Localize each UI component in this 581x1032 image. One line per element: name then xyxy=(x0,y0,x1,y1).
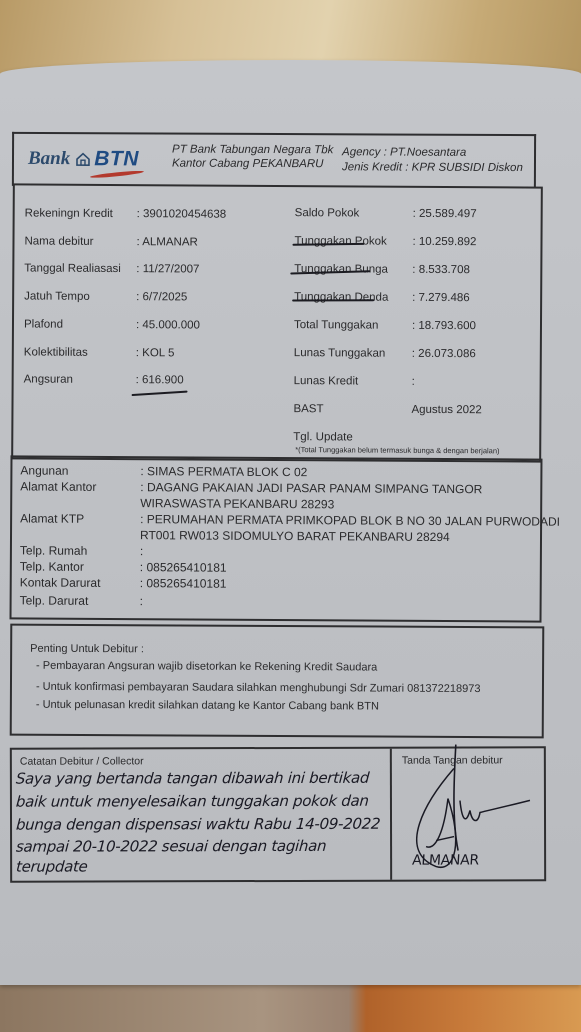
field-label: Nama debitur xyxy=(24,235,93,247)
notice-item: - Untuk konfirmasi pembayaran Saudara si… xyxy=(36,681,481,695)
field-value: : KOL 5 xyxy=(136,347,175,359)
field-value: : xyxy=(140,544,143,558)
agency-value: PT.Noesantara xyxy=(390,147,466,159)
field-value: : 8.533.708 xyxy=(412,264,470,276)
handwritten-underline xyxy=(132,391,188,397)
notice-item: - Pembayaran Angsuran wajib disetorkan k… xyxy=(36,660,377,674)
field-label: Tanggal Realiasasi xyxy=(24,262,121,275)
logo-bank-word: Bank xyxy=(28,148,70,170)
field-label: Saldo Pokok xyxy=(295,207,360,219)
field-value: : 3901020454638 xyxy=(137,208,227,221)
field-label: Telp. Rumah xyxy=(20,543,87,557)
field-label: Rekeningn Kredit xyxy=(25,207,113,220)
field-label: Alamat Kantor xyxy=(20,479,96,493)
branch-name: Kantor Cabang PEKANBARU xyxy=(172,157,333,172)
agency-label: Agency xyxy=(342,146,380,158)
logo-swoosh xyxy=(90,170,144,179)
signature-name: ALMANAR xyxy=(412,852,480,868)
field-value: : ALMANAR xyxy=(136,236,197,248)
field-value: Agustus 2022 xyxy=(411,404,481,416)
handwritten-note-line: sampai 20-10-2022 sesuai dengan tagihan xyxy=(15,837,326,856)
handwritten-note-line: bunga dengan dispensasi waktu Rabu 14-09… xyxy=(15,815,380,834)
field-label: Tunggakan Denda xyxy=(294,291,388,304)
loan-info-box: Rekeningn Kredit: 3901020454638Nama debi… xyxy=(11,183,543,462)
handwritten-underline xyxy=(292,299,374,301)
field-value: : 10.259.892 xyxy=(412,236,476,248)
field-value: : xyxy=(140,594,143,608)
field-label: Lunas Tunggakan xyxy=(294,347,386,360)
notice-box: Penting Untuk Debitur : - Pembayaran Ang… xyxy=(10,624,545,739)
field-label: Total Tunggakan xyxy=(294,319,378,332)
handwritten-note-line: terupdate xyxy=(16,857,89,875)
field-label: Telp. Darurat xyxy=(20,593,89,607)
logo-btn-word: BTN xyxy=(94,147,139,171)
field-value: : 085265410181 xyxy=(140,560,227,575)
field-value: : SIMAS PERMATA BLOK C 02 xyxy=(140,464,307,479)
field-value: : 6/7/2025 xyxy=(136,291,187,303)
field-label: Angsuran xyxy=(24,373,73,385)
field-value: : 616.900 xyxy=(136,374,184,386)
field-label: BAST xyxy=(293,403,323,415)
field-value: : 085265410181 xyxy=(140,576,227,591)
field-value: : PERUMAHAN PERMATA PRIMKOPAD BLOK B NO … xyxy=(140,512,560,529)
collector-notes-box: Catatan Debitur / Collector Saya yang be… xyxy=(10,746,546,882)
credit-type-label: Jenis Kredit xyxy=(342,161,402,173)
field-label: Tunggakan Pokok xyxy=(294,235,386,248)
field-label: Plafond xyxy=(24,318,63,330)
org-name: PT Bank Tabungan Negara Tbk xyxy=(172,143,333,158)
field-label: Jatuh Tempo xyxy=(24,290,90,302)
bank-org-info: PT Bank Tabungan Negara Tbk Kantor Caban… xyxy=(172,143,333,172)
address-box: Angunan: SIMAS PERMATA BLOK C 02Alamat K… xyxy=(10,455,543,622)
field-value: : 25.589.497 xyxy=(413,208,477,220)
field-value: : 7.279.486 xyxy=(412,292,470,304)
field-value: : DAGANG PAKAIAN JADI PASAR PANAM SIMPAN… xyxy=(140,480,482,496)
field-value: : 45.000.000 xyxy=(136,319,200,331)
field-label: Angunan xyxy=(20,463,68,477)
notes-divider xyxy=(390,749,392,880)
field-value: : xyxy=(412,376,415,388)
credit-type-value: KPR SUBSIDI Diskon xyxy=(412,162,523,174)
notice-title: Penting Untuk Debitur : xyxy=(30,643,144,656)
field-value: : 11/27/2007 xyxy=(136,263,199,275)
field-label: Tgl. Update xyxy=(293,431,353,443)
notice-item: - Untuk pelunasan kredit silahkan datang… xyxy=(36,699,379,713)
field-label: Alamat KTP xyxy=(20,511,84,525)
field-label: Telp. Kantor xyxy=(20,559,84,573)
notes-caption: Catatan Debitur / Collector xyxy=(20,755,144,767)
field-label: Kolektibilitas xyxy=(24,346,88,358)
field-value: : 26.073.086 xyxy=(412,348,476,360)
handwritten-note-line: Saya yang bertanda tangan dibawah ini be… xyxy=(15,769,369,788)
agency-info: Agency : PT.Noesantara Jenis Kredit : KP… xyxy=(342,145,523,176)
field-label: Kontak Darurat xyxy=(20,575,101,589)
house-icon xyxy=(76,152,90,166)
document-header: Bank BTN PT Bank Tabungan Negara Tbk Kan… xyxy=(12,132,536,188)
field-label: Lunas Kredit xyxy=(294,375,359,387)
handwritten-note-line: baik untuk menyelesaikan tunggakan pokok… xyxy=(15,792,369,811)
footnote: *(Total Tunggakan belum termasuk bunga &… xyxy=(295,445,499,455)
bank-btn-logo: Bank BTN xyxy=(28,147,139,171)
field-value: : 18.793.600 xyxy=(412,320,476,332)
field-value: WIRASWASTA PEKANBARU 28293 xyxy=(140,496,334,511)
field-value: RT001 RW013 SIDOMULYO BARAT PEKANBARU 28… xyxy=(140,528,450,544)
